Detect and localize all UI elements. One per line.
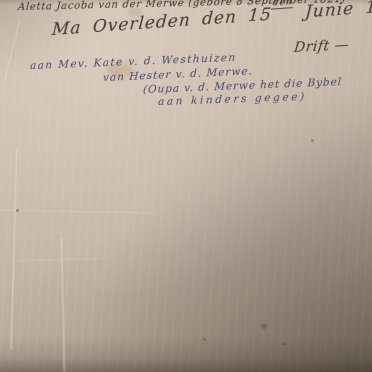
- dedication-line-4: aan kinders gegee): [158, 91, 307, 108]
- paper-stain: [106, 63, 134, 78]
- aged-paper-page: Aletta Jacoba van der Merwe (gebore 8 Se…: [0, 0, 372, 372]
- dedication-line-3: (Oupa v. d. Merwe het die Bybel: [143, 76, 342, 96]
- inscription-place-line: Drift —: [293, 37, 350, 56]
- death-line-suffix: Junie 1896: [293, 0, 372, 23]
- ink-speck: [311, 139, 314, 142]
- ink-speck: [203, 338, 206, 341]
- paper-crease-horizontal: [0, 209, 150, 215]
- paper-stain: [128, 8, 142, 17]
- death-line-prefix: Ma Overleden den 15: [51, 5, 272, 41]
- inscription-death-line: Ma Overleden den 15den Junie 1896: [51, 0, 372, 40]
- ink-speck: [283, 343, 286, 345]
- paper-crease-diagonal: [1, 21, 22, 90]
- death-line-superscript: den: [271, 0, 294, 10]
- ink-speck: [16, 209, 19, 212]
- inscription-name-line: Aletta Jacoba van der Merwe (gebore 8 Se…: [18, 0, 347, 13]
- ink-speck: [261, 324, 267, 329]
- paper-crease-vertical: [9, 148, 19, 350]
